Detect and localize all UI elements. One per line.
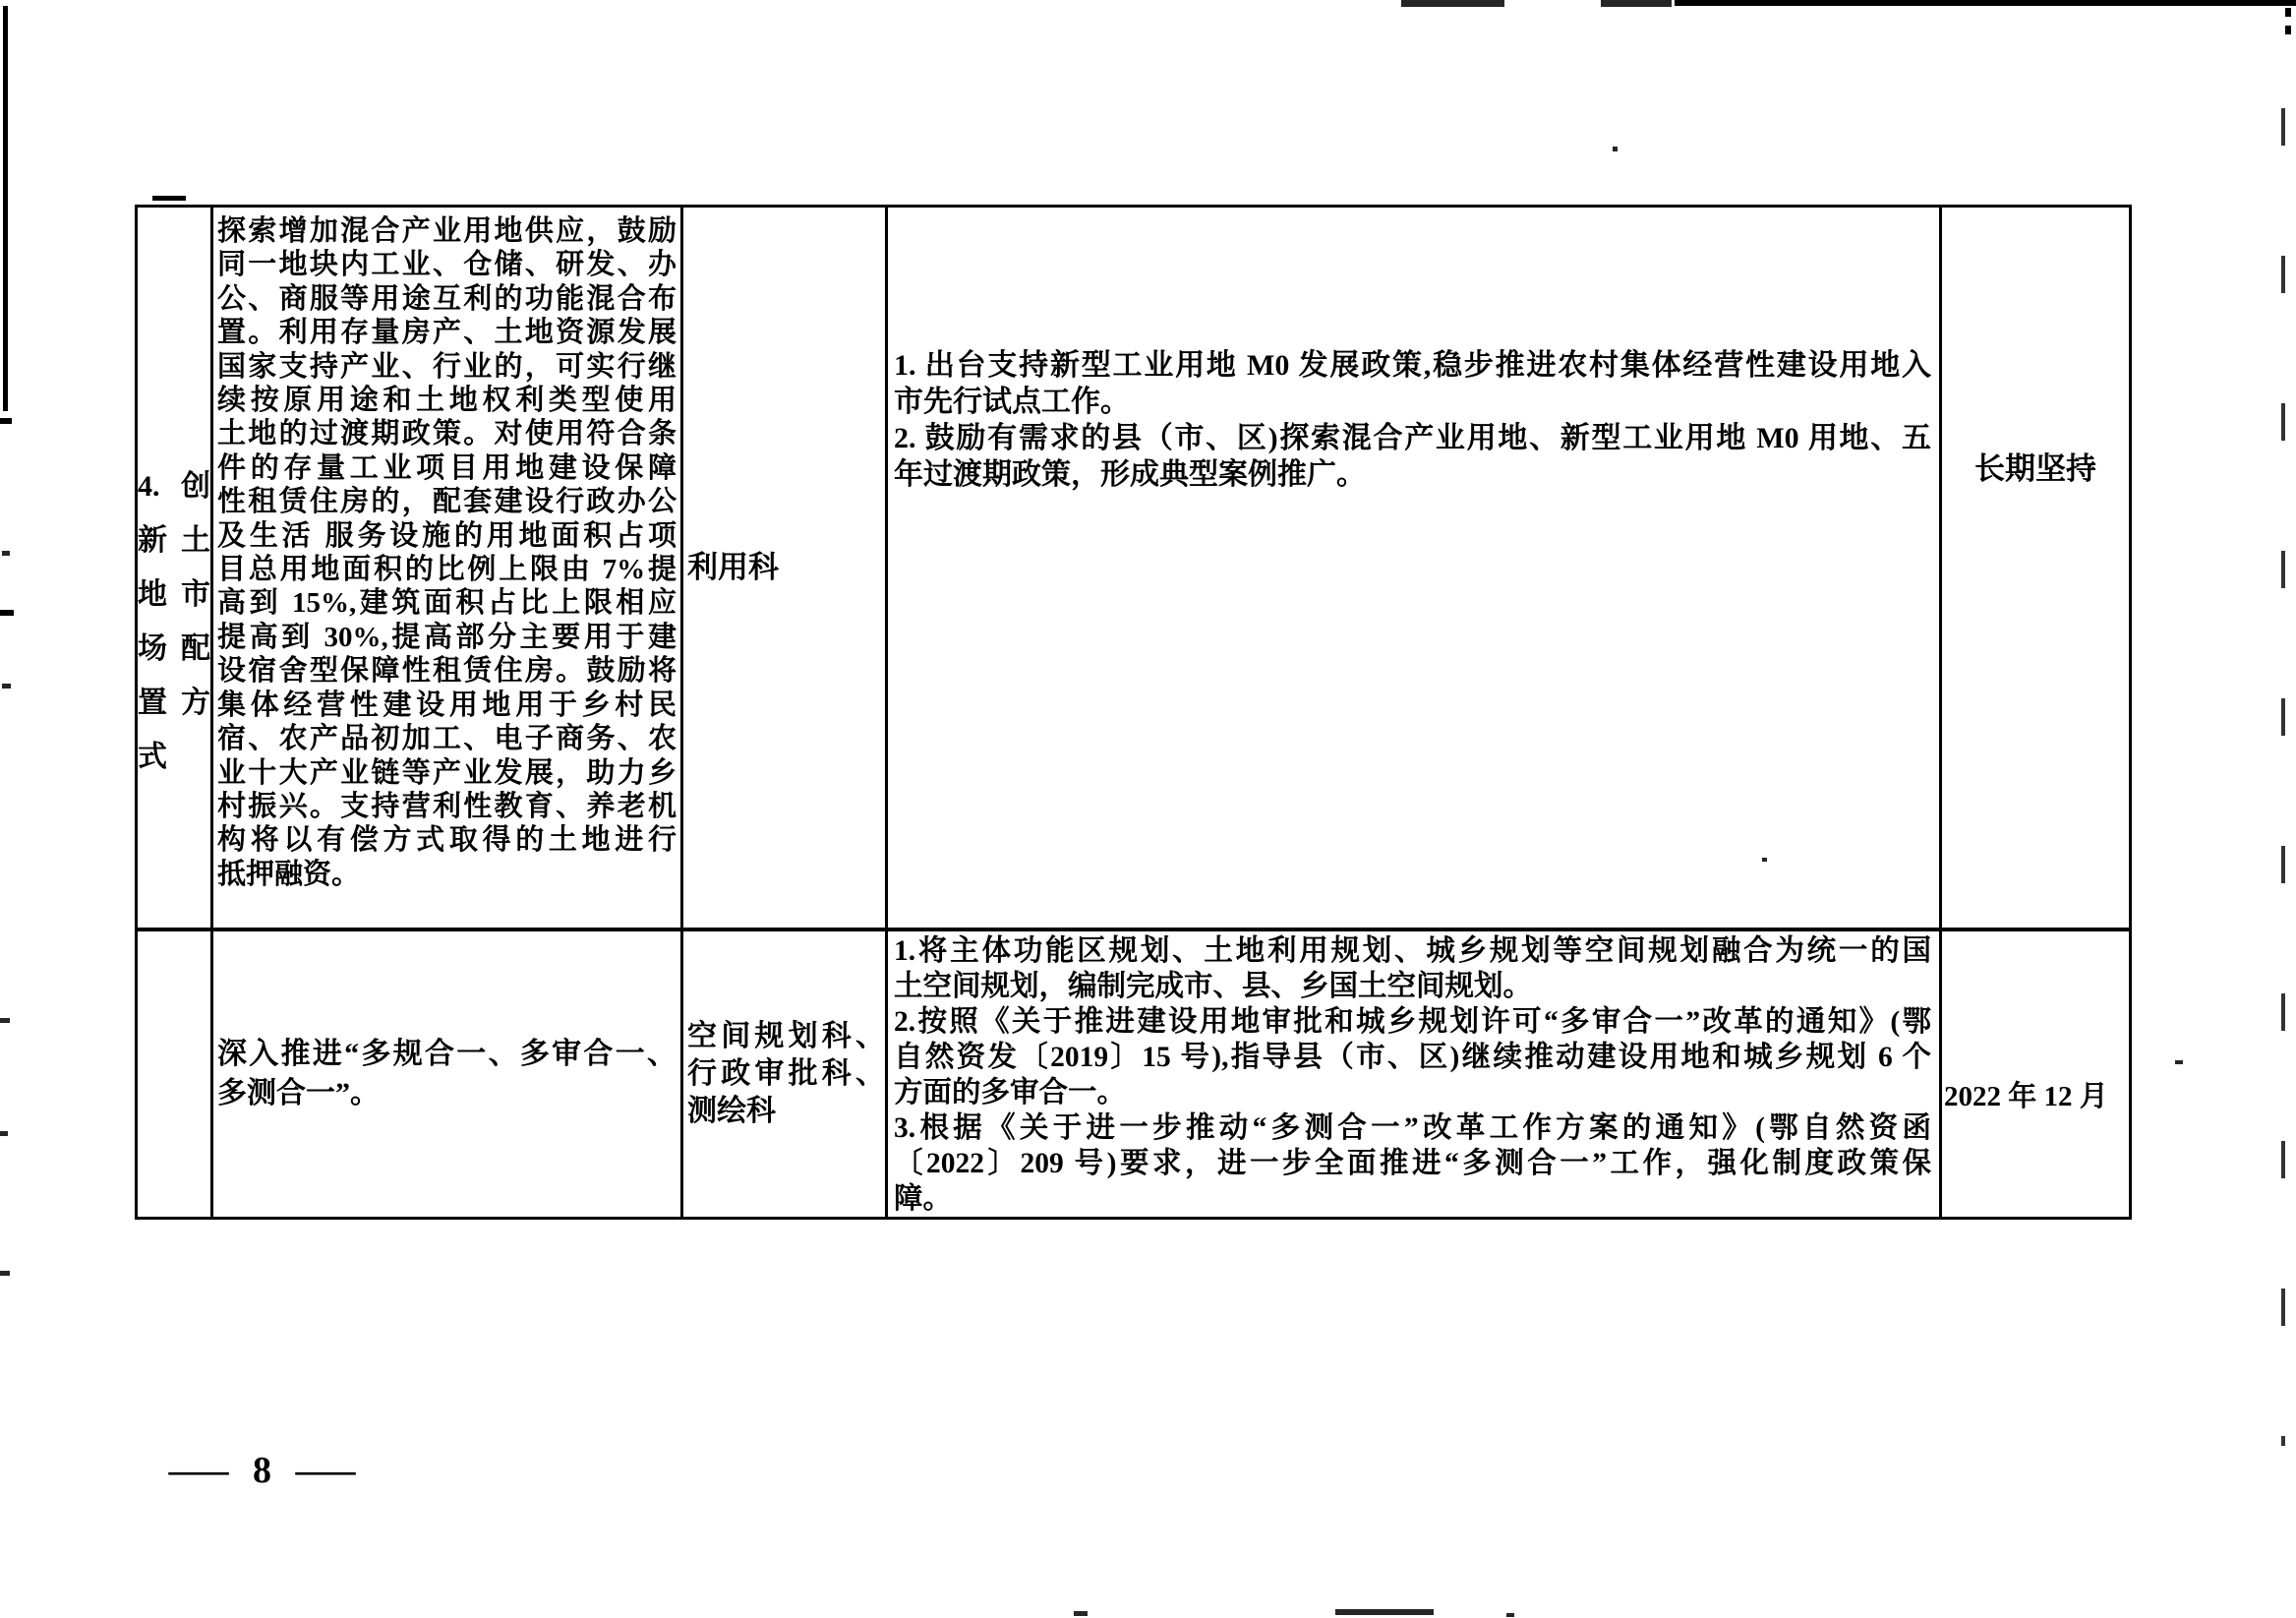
scan-artifact xyxy=(3,6,8,411)
scan-artifact xyxy=(1675,0,2296,6)
scan-artifact xyxy=(152,196,186,201)
page-number-dash: — xyxy=(296,1449,356,1492)
scan-artifact xyxy=(1613,147,1618,151)
deadline-cell-row2: 2022 年 12 月 xyxy=(1942,931,2129,1217)
scan-artifact xyxy=(1335,1609,1434,1615)
scan-artifact xyxy=(2,684,11,689)
tasks-cell-row2: 1.将主体功能区规划、土地利用规划、城乡规划等空间规划融合为统一的国土空间规划，… xyxy=(888,931,1939,1217)
task-table: 4.创新土地市场配置方式 探索增加混合产业用地供应，鼓励同一地块内工业、仓储、研… xyxy=(135,205,2132,1220)
scan-artifact xyxy=(0,610,14,616)
deadline-cell-row1: 长期坚持 xyxy=(1942,208,2129,928)
tasks-cell-row1: 1. 出台支持新型工业用地 M0 发展政策,稳步推进农村集体经营性建设用地入市先… xyxy=(888,208,1939,928)
scan-artifact xyxy=(2285,26,2291,34)
department-cell-row1: 利用科 xyxy=(683,208,885,928)
page-number-value: 8 xyxy=(253,1449,271,1492)
measure-cell-row2: 深入推进“多规合一、多审合一、多测合一”。 xyxy=(213,931,680,1217)
page-number-dash: — xyxy=(169,1449,229,1492)
measure-cell-row1: 探索增加混合产业用地供应，鼓励同一地块内工业、仓储、研发、办公、商服等用途互利的… xyxy=(213,208,680,928)
page-number: — 8 — xyxy=(180,1449,344,1492)
scan-artifact xyxy=(1601,0,1672,7)
scan-artifact xyxy=(1074,1611,1088,1616)
scan-artifact xyxy=(0,418,12,424)
scan-artifact xyxy=(1401,0,1504,7)
category-cell-row1: 4.创新土地市场配置方式 xyxy=(138,208,210,928)
scan-artifact xyxy=(0,1131,8,1136)
scan-artifact xyxy=(1506,1613,1514,1617)
scan-artifact xyxy=(0,1271,10,1276)
scan-artifact xyxy=(2,551,10,556)
department-cell-row2: 空间规划科、行政审批科、测绘科 xyxy=(683,931,885,1217)
scan-artifact xyxy=(2281,108,2285,1446)
scanned-document-page: 4.创新土地市场配置方式 探索增加混合产业用地供应，鼓励同一地块内工业、仓储、研… xyxy=(0,0,2296,1618)
scan-artifact xyxy=(2175,1060,2183,1064)
category-cell-row2 xyxy=(138,931,210,1217)
scan-artifact xyxy=(0,1018,10,1023)
scan-artifact xyxy=(2285,8,2291,17)
